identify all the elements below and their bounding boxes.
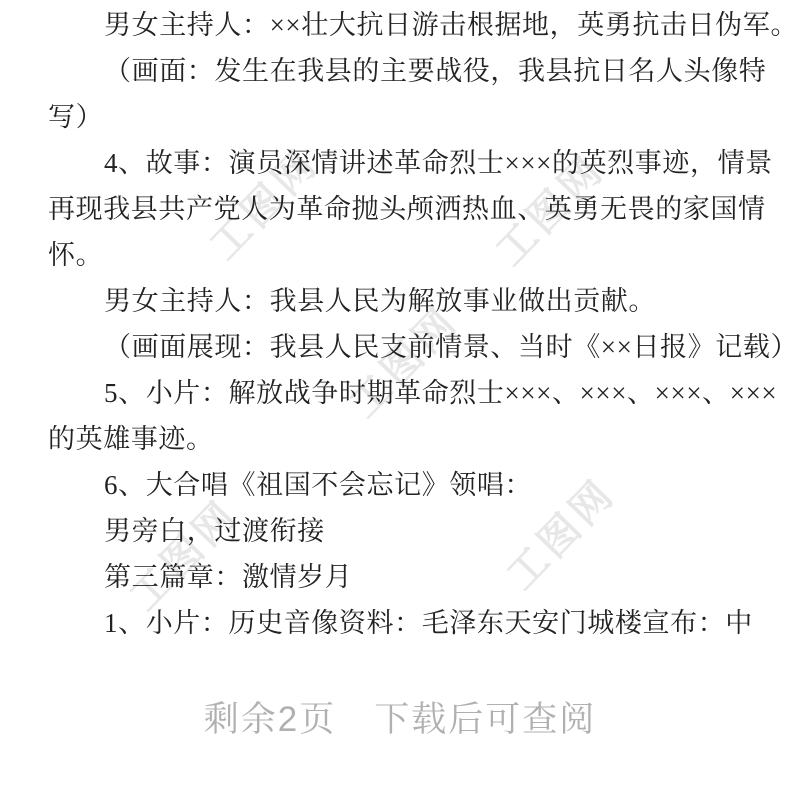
doc-line: （画面：发生在我县的主要战役，我县抗日名人头像特 [48, 48, 772, 94]
doc-line: 男女主持人：××壮大抗日游击根据地，英勇抗击日伪军。 [48, 2, 772, 48]
doc-line: （画面展现：我县人民支前情景、当时《××日报》记载） [48, 324, 772, 370]
doc-line: 再现我县共产党人为革命抛头颅洒热血、英勇无畏的家国情 [48, 186, 772, 232]
download-hint-label: 下载后可查阅 [374, 700, 596, 739]
doc-line: 6、大合唱《祖国不会忘记》领唱： [48, 462, 772, 508]
doc-line: 5、小片：解放战争时期革命烈士×××、×××、×××、××× [48, 370, 772, 416]
document-body: 男女主持人：××壮大抗日游击根据地，英勇抗击日伪军。 （画面：发生在我县的主要战… [0, 0, 800, 646]
doc-line: 怀。 [48, 232, 772, 278]
doc-line: 写） [48, 94, 772, 140]
doc-line: 第三篇章：激情岁月 [48, 554, 772, 600]
doc-line: 男女主持人：我县人民为解放事业做出贡献。 [48, 278, 772, 324]
remaining-pages-label: 剩余2页 [204, 700, 336, 739]
doc-line: 1、小片：历史音像资料：毛泽东天安门城楼宣布：中 [48, 600, 772, 646]
doc-line: 的英雄事迹。 [48, 416, 772, 462]
preview-footer-notice: 剩余2页下载后可查阅 [0, 692, 800, 742]
doc-line: 4、故事：演员深情讲述革命烈士×××的英烈事迹，情景 [48, 140, 772, 186]
document-preview-page: 工图网 工图网 工图网 工图网 工图网 男女主持人：××壮大抗日游击根据地，英勇… [0, 0, 800, 795]
doc-line: 男旁白，过渡衔接 [48, 508, 772, 554]
